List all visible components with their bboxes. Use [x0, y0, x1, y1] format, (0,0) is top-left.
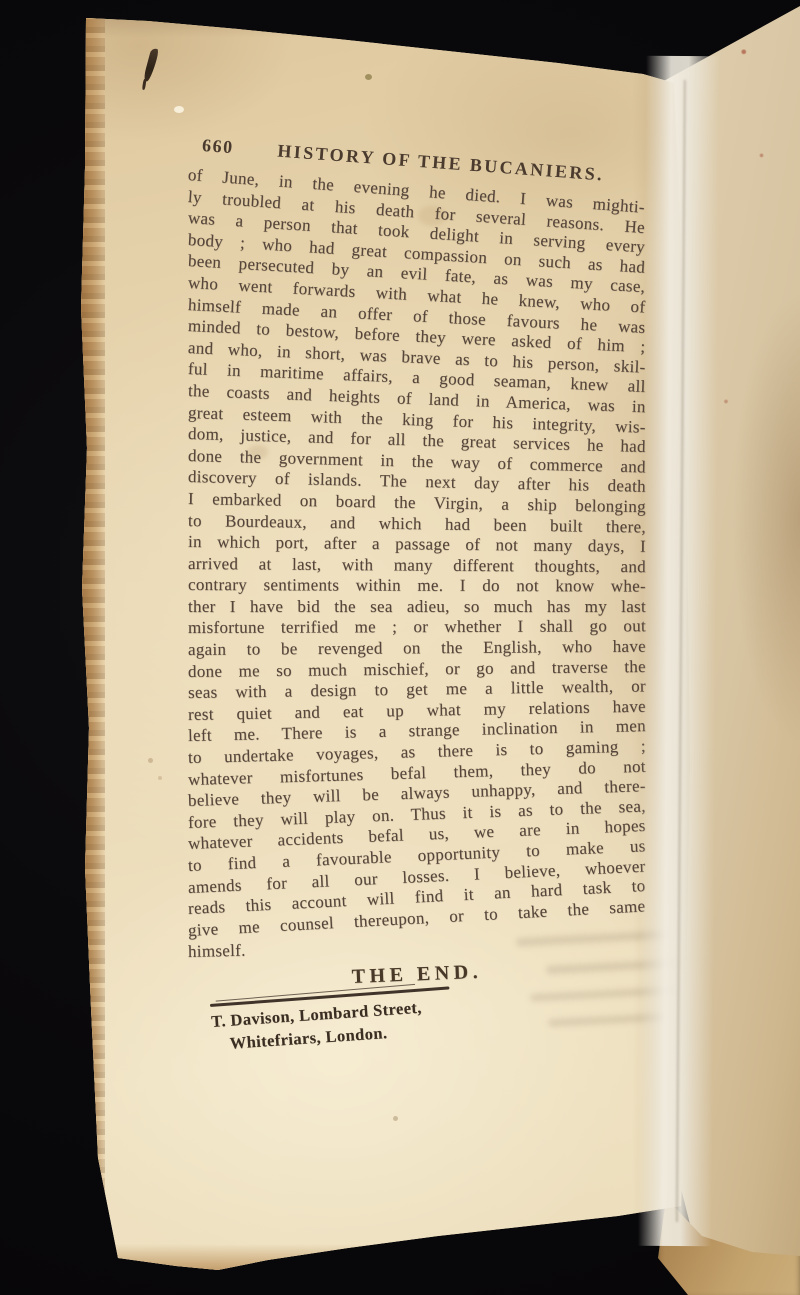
- stain-speck: [148, 758, 153, 763]
- page-bottom-shading: [78, 1244, 694, 1270]
- gutter-tissue-strip: [638, 56, 720, 1246]
- page-top-shading: [78, 8, 694, 38]
- page-number: 660: [201, 135, 234, 158]
- body-text: of June, in the evening he died. I was m…: [188, 164, 646, 963]
- ink-blot: [143, 48, 160, 83]
- paper-fleck: [174, 106, 184, 113]
- page-deckle-edge: [78, 8, 105, 1270]
- printed-text-block: 660 HISTORY OF THE BUCANIERS. of June, i…: [188, 134, 646, 1056]
- stain-speck: [393, 1116, 398, 1121]
- stain-speck: [365, 74, 372, 80]
- book-photo: 660 HISTORY OF THE BUCANIERS. of June, i…: [0, 0, 800, 1295]
- text-line: contrary sentiments within me. I do not …: [188, 574, 646, 597]
- book-page: 660 HISTORY OF THE BUCANIERS. of June, i…: [78, 8, 694, 1270]
- stain-speck: [158, 776, 162, 780]
- text-line: ther I have bid the sea adieu, so much h…: [188, 596, 646, 618]
- printer-imprint: T. Davison, Lombard Street, Whitefriars,…: [210, 981, 646, 1056]
